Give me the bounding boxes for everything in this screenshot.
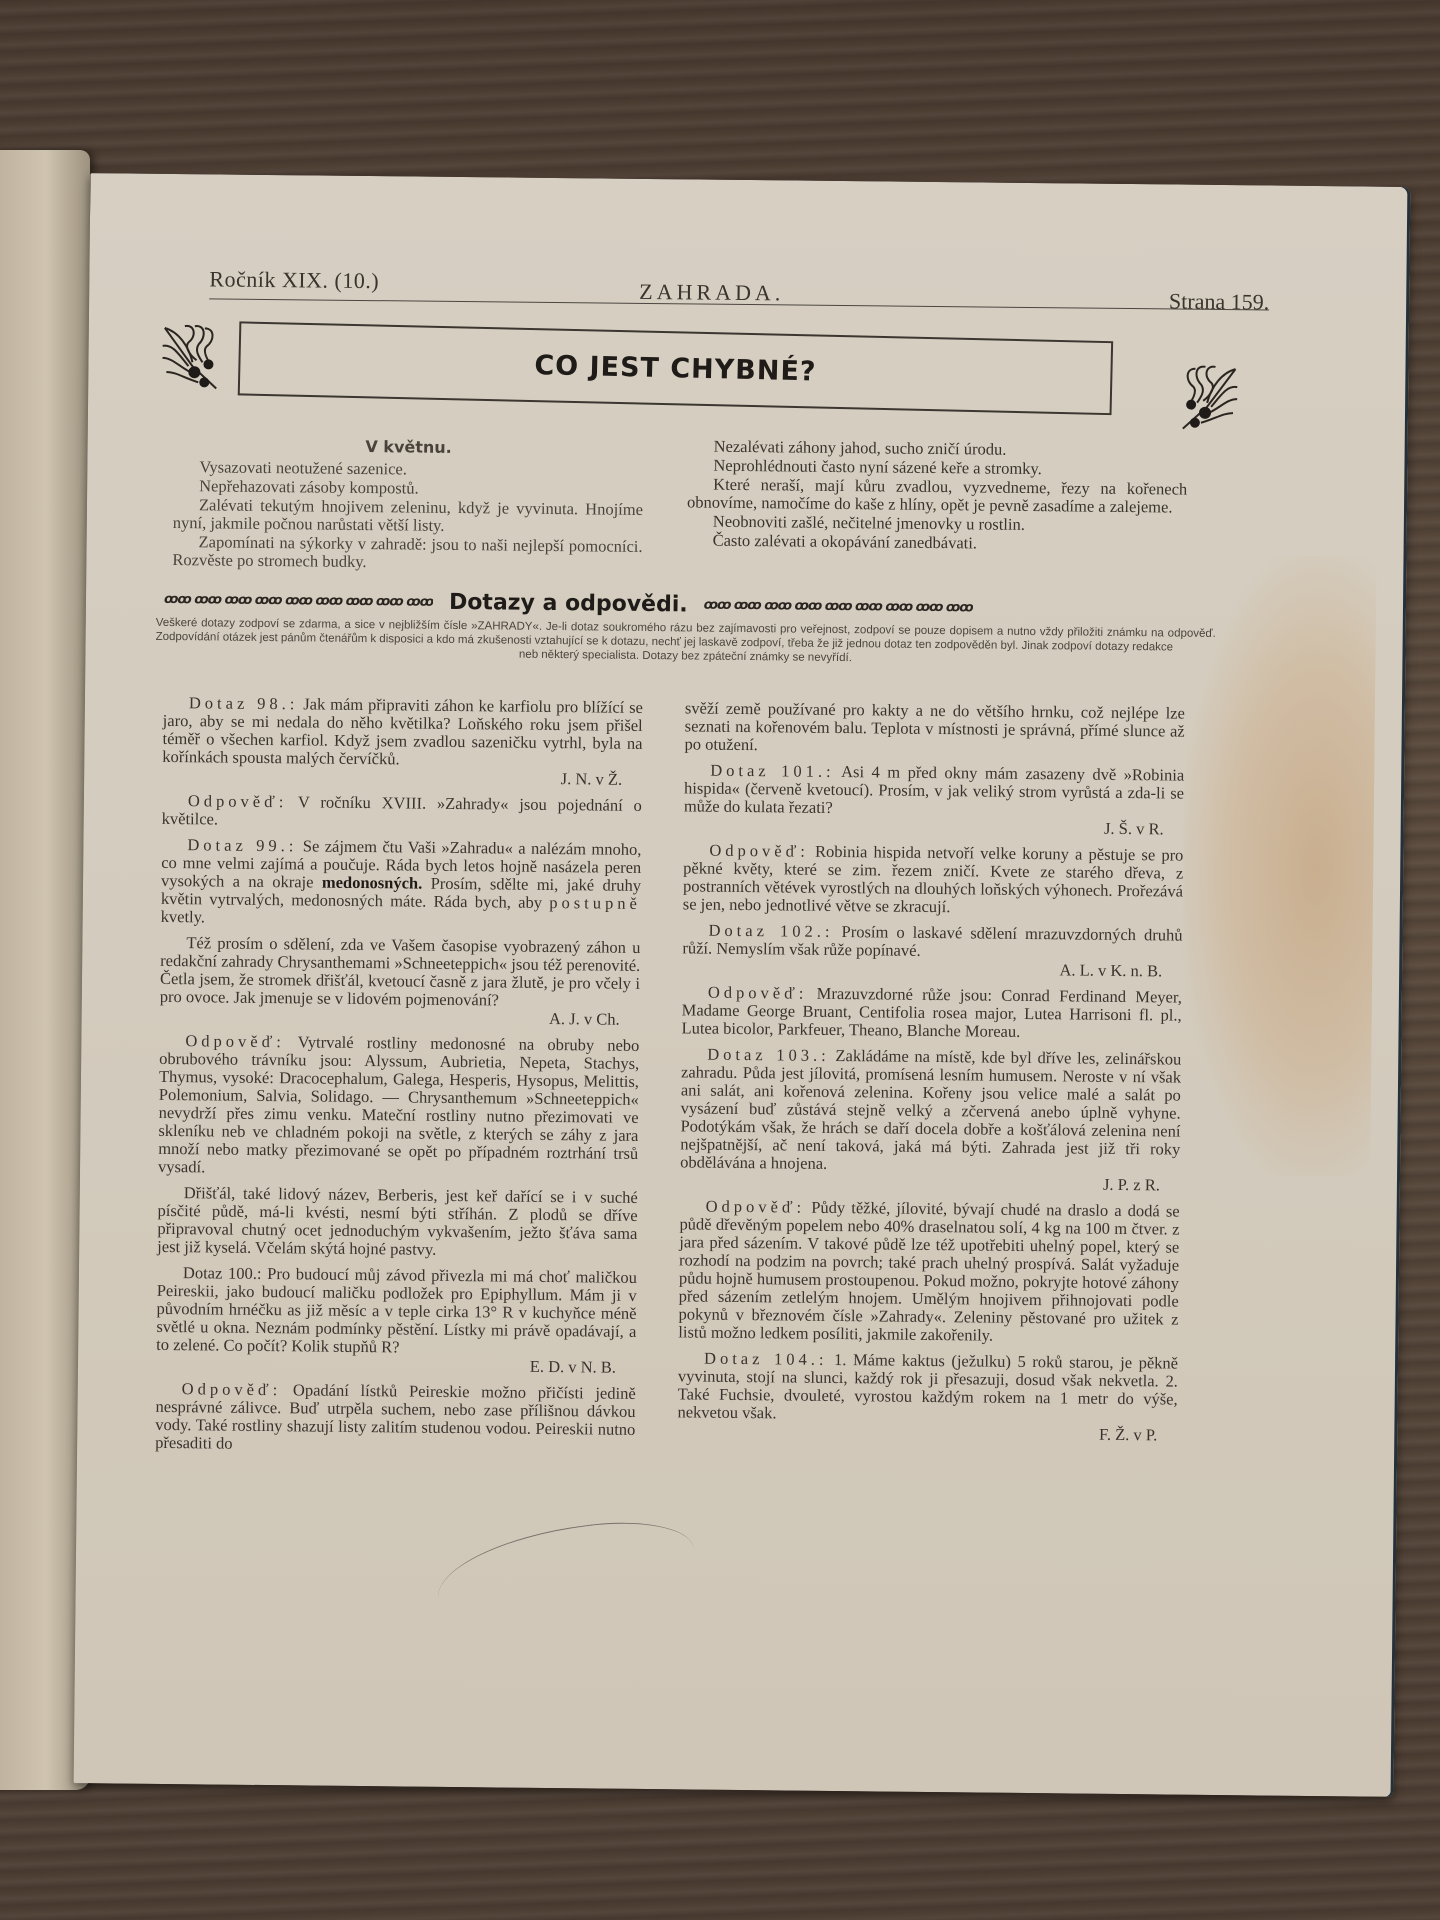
question-98: Dotaz 98.: Jak mám připraviti záhon ke k… (162, 694, 643, 789)
tips-heading: V květnu. (174, 436, 644, 459)
pencil-mark (431, 1512, 701, 1636)
running-header: Ročník XIX. (10.) ZAHRADA. Strana 159. (209, 254, 1269, 310)
answer-99-continued: Dřišťál, také lidový název, Berberis, je… (157, 1184, 638, 1261)
signature: J. N. v Ž. (162, 766, 642, 789)
question-103: Dotaz 103.: Zakládáme na místě, kde byl … (680, 1045, 1181, 1194)
answer-98: Odpověď: V ročníku XVIII. »Zahrady« jsou… (162, 792, 642, 833)
qa-section-title: Dotazy a odpovědi. (449, 589, 688, 616)
answer-99: Odpověď: Vytrvalé rostliny medonosné na … (158, 1032, 639, 1181)
tip-item: Často zalévati a okopávání zanedbávati. (687, 531, 1187, 554)
question-100: Dotaz 100.: Pro budoucí můj závod přivez… (156, 1264, 637, 1377)
tip-item: Zapomínati na sýkorky v zahradě: jsou to… (172, 533, 642, 574)
signature: A. J. v Ch. (160, 1006, 640, 1029)
tips-column-left: V květnu. Vysazovati neotužené sazenice.… (172, 436, 643, 575)
tips-column-right: Nezalévati záhony jahod, sucho zničí úro… (687, 437, 1188, 555)
signature: F. Ž. v P. (677, 1421, 1177, 1444)
signature: J. Š. v R. (684, 815, 1184, 838)
answer-101: Odpověď: Robinia hispida netvoří velke k… (683, 841, 1184, 918)
floral-ornament-right-icon (1171, 362, 1242, 435)
question-99: Dotaz 99.: Se zájmem čtu Vaši »Zahradu« … (161, 836, 642, 931)
answer-100: Odpověď: Opadání lístků Peireskie možno … (155, 1380, 636, 1457)
page-number: Strana 159. (1169, 288, 1269, 315)
signature: A. L. v K. n. B. (682, 957, 1182, 980)
volume-label: Ročník XIX. (10.) (209, 266, 379, 294)
qa-intro-note: Veškeré dotazy zodpoví se zdarma, a sice… (155, 616, 1215, 669)
answer-103: Odpověď: Půdy těžké, jílovité, bývají ch… (678, 1197, 1179, 1346)
question-104: Dotaz 104.: 1. Máme kaktus (ježulku) 5 r… (677, 1349, 1178, 1444)
qa-column-left: Dotaz 98.: Jak mám připraviti záhon ke k… (155, 694, 643, 1465)
tip-item: Které neraší, mají kůru zvadlou, vyzvedn… (687, 475, 1187, 516)
answer-100-continued: svěží země používané pro kakty a ne do v… (684, 699, 1185, 758)
floral-ornament-left-icon (158, 322, 229, 395)
signature: E. D. v N. B. (156, 1354, 636, 1377)
section-title: CO JEST CHYBNÉ? (534, 350, 817, 387)
qa-column-right: svěží země používané pro kakty a ne do v… (677, 699, 1185, 1452)
magazine-name: ZAHRADA. (639, 279, 784, 307)
question-102: Dotaz 102.: Prosím o laskavé sdělení mra… (682, 921, 1183, 980)
magazine-page: Ročník XIX. (10.) ZAHRADA. Strana 159. C… (74, 173, 1411, 1797)
question-101: Dotaz 101.: Asi 4 m před okny mám zasaze… (684, 761, 1185, 838)
decorative-border-left: ꝏꝏ ꝏꝏ ꝏꝏ ꝏꝏ ꝏꝏ ꝏꝏ ꝏꝏ ꝏꝏ ꝏꝏ (164, 591, 433, 609)
decorative-border-right: ꝏꝏ ꝏꝏ ꝏꝏ ꝏꝏ ꝏꝏ ꝏꝏ ꝏꝏ ꝏꝏ ꝏꝏ (704, 597, 973, 615)
question-99-continued: Též prosím o sdělení, zda ve Vašem časop… (160, 934, 641, 1029)
answer-102: Odpověď: Mrazuvzdorné růže jsou: Conrad … (681, 983, 1182, 1042)
signature: J. P. z R. (680, 1171, 1180, 1194)
tip-item: Zalévati tekutým hnojivem zeleninu, když… (173, 496, 643, 537)
section-title-box: CO JEST CHYBNÉ? (238, 321, 1113, 415)
